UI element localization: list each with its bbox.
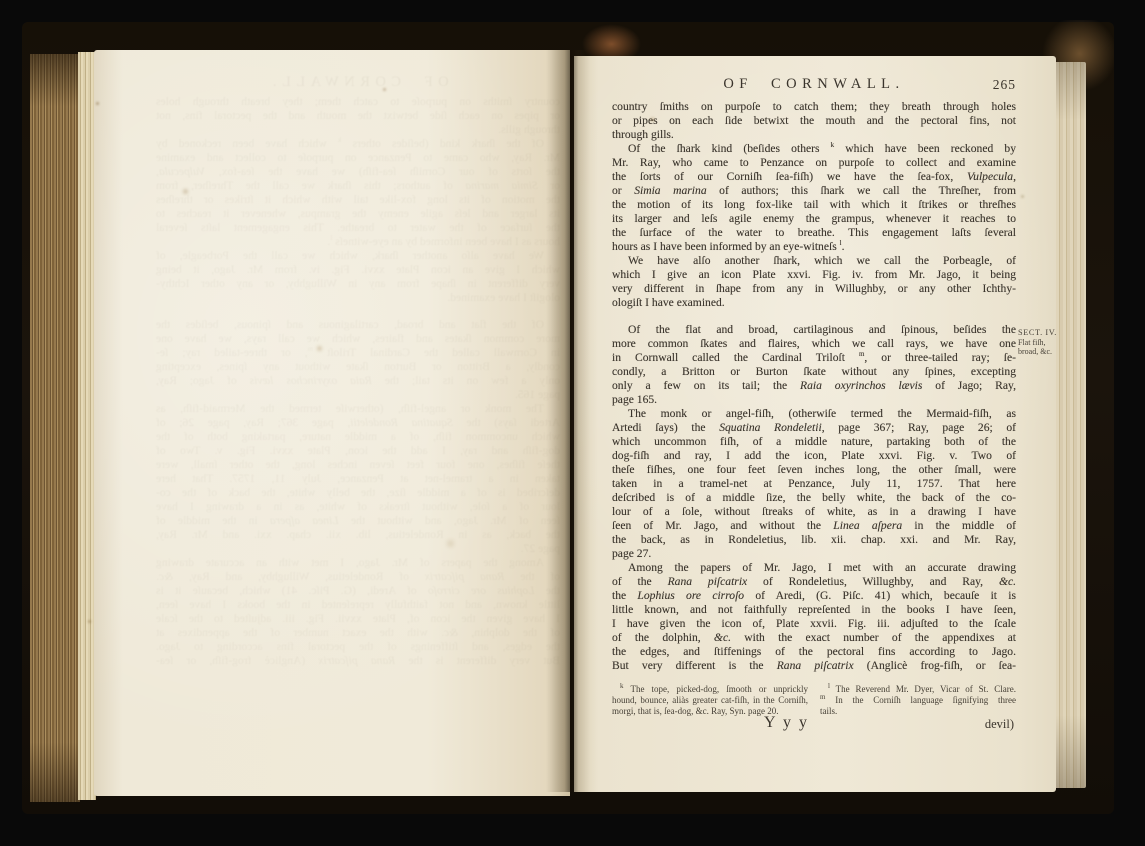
text-line: page 165. <box>156 388 560 402</box>
text-line: theſe fiſhes, one four feet ſeven inches… <box>156 458 560 472</box>
text-line: of the Rana piſcatrix of Rondeletius, Wi… <box>612 575 1016 589</box>
text-line: the Lophius ore cirroſo of Aredi, (G. Pi… <box>156 584 560 598</box>
text-line: lour of a ſole, without ſtreaks of white… <box>156 500 560 514</box>
text-line: through gills. <box>612 128 1016 142</box>
paragraph: Of the ſhark kind (beſides others k whic… <box>612 142 1016 254</box>
text-line: of the dolphin, &c. with the exact numbe… <box>612 631 1016 645</box>
margin-note-description: Flat fiſh,broad, &c. <box>1018 338 1058 357</box>
text-line: Among the papers of Mr. Jago, I met with… <box>612 561 1016 575</box>
text-line: the edges, and ſtiffenings of the pector… <box>156 640 560 654</box>
text-line: hours as I have been informed by an eye-… <box>612 240 1016 254</box>
text-line: Artedi ſays) the Squatina Rondeletii, pa… <box>156 416 560 430</box>
text-line: condly, a Britton or Burton ſkate withou… <box>156 360 560 374</box>
text-line: the ſorts of our Corniſh ſea-fiſh) we ha… <box>612 170 1016 184</box>
text-line: Artedi ſays) the Squatina Rondeletii, pa… <box>612 421 1016 435</box>
text-line: Of the flat and broad, cartilaginous and… <box>156 318 560 332</box>
text-line: the ſorts of our Corniſh ſea-fiſh) we ha… <box>156 165 560 179</box>
footnotes: k The tope, picked-dog, ſmooth or unpric… <box>612 684 1016 717</box>
text-line: which uncommon fiſh, of a middle nature,… <box>156 430 560 444</box>
paragraph: We have alſo another ſhark, which we cal… <box>156 249 560 305</box>
text-line: more common ſkates and flaires, which we… <box>612 337 1016 351</box>
text-line: theſe fiſhes, one four feet ſeven inches… <box>612 463 1016 477</box>
text-line: taken in a tramel-net at Penzance, July … <box>612 477 1016 491</box>
text-line: the motion of its long fox-like tail wit… <box>612 198 1016 212</box>
right-page: OF CORNWALL. 265 country ſmiths on purpo… <box>574 56 1056 792</box>
text-line: Among the papers of Mr. Jago, I met with… <box>156 556 560 570</box>
text-line: But very different is the Rana piſcatrix… <box>612 659 1016 673</box>
text-line: through gills. <box>156 123 560 137</box>
text-line: Of the ſhark kind (beſides others k whic… <box>156 137 560 151</box>
running-title: OF CORNWALL. <box>612 76 1016 93</box>
text-line: more common ſkates and flaires, which we… <box>156 332 560 346</box>
paragraph: Of the flat and broad, cartilaginous and… <box>156 318 560 402</box>
text-line: the ſurface of the water to breathe. Thi… <box>612 226 1016 240</box>
text-line: country ſmiths on purpoſe to catch them;… <box>156 95 560 109</box>
text-line: little known, and not faithfully repreſe… <box>612 603 1016 617</box>
right-page-edges <box>1056 62 1086 788</box>
text-line: of the Rana piſcatrix of Rondeletius, Wi… <box>156 570 560 584</box>
text-line: l The Reverend Mr. Dyer, Vicar of St. Cl… <box>820 684 1016 695</box>
text-line: page 27. <box>156 542 560 556</box>
text-line: Mr. Ray, who came to Penzance on purpoſe… <box>612 156 1016 170</box>
paragraph: country ſmiths on purpoſe to catch them;… <box>156 95 560 137</box>
text-line: But very different is the Rana piſcatrix… <box>156 654 560 668</box>
paragraph: The monk or angel-fiſh, (otherwiſe terme… <box>156 402 560 556</box>
text-line: ologiſt I have examined. <box>156 291 560 305</box>
paragraph: The monk or angel-fiſh, (otherwiſe terme… <box>612 407 1016 561</box>
page-body-text: country ſmiths on purpoſe to catch them;… <box>612 100 1016 673</box>
text-line: which I give an icon Plate xxvi. Fig. iv… <box>156 263 560 277</box>
text-line: Of the ſhark kind (beſides others k whic… <box>612 142 1016 156</box>
text-line: condly, a Britton or Burton ſkate withou… <box>612 365 1016 379</box>
showthrough-header: OF CORNWALL. <box>156 74 560 91</box>
showthrough-text: OF CORNWALL. country ſmiths on purpoſe t… <box>156 74 560 668</box>
footnote-column-left: k The tope, picked-dog, ſmooth or unpric… <box>612 684 808 717</box>
text-line: its larger and leſs agile enemy the gram… <box>156 207 560 221</box>
text-line: or pipes on each ſide betwixt the mouth … <box>156 109 560 123</box>
text-line: only a few on its tail; the Raia oxyrinc… <box>612 379 1016 393</box>
signature-mark: Y y y <box>764 714 809 732</box>
text-line: in Cornwall called the Cardinal Triloſt … <box>612 351 1016 365</box>
text-line: deſcribed is of a middle ſize, the belly… <box>612 491 1016 505</box>
text-line: dog-fiſh and ray, I add the icon, Plate … <box>156 444 560 458</box>
text-line: ſeen of Mr. Jago, and without the Linea … <box>156 514 560 528</box>
gutter-shadow <box>546 50 590 792</box>
showthrough-body: country ſmiths on purpoſe to catch them;… <box>156 95 560 668</box>
left-page-blank: OF CORNWALL. country ſmiths on purpoſe t… <box>94 50 570 796</box>
text-line: which uncommon fiſh, of a middle nature,… <box>612 435 1016 449</box>
paragraph: l The Reverend Mr. Dyer, Vicar of St. Cl… <box>820 684 1016 717</box>
text-line: its larger and leſs agile enemy the gram… <box>612 212 1016 226</box>
margin-note-line: Flat fiſh, <box>1018 338 1058 348</box>
text-line: hours as I have been informed by an eye-… <box>156 235 560 249</box>
running-header: OF CORNWALL. 265 <box>612 76 1016 96</box>
catchword: devil) <box>985 717 1014 732</box>
text-line: hound, bounce, aliàs greater cat-fiſh, i… <box>612 695 808 706</box>
book-photo: OF CORNWALL. country ſmiths on purpoſe t… <box>0 0 1145 846</box>
text-line: Mr. Ray, who came to Penzance on purpoſe… <box>156 151 560 165</box>
text-line: m In the Corniſh language ſignifying thr… <box>820 695 1016 706</box>
foxing-specks <box>0 0 3 3</box>
text-line: country ſmiths on purpoſe to catch them;… <box>612 100 1016 114</box>
text-line: of the dolphin, &c. with the exact numbe… <box>156 626 560 640</box>
text-line: or Simia marina of authors; this ſhark w… <box>156 179 560 193</box>
text-line: lour of a ſole, without ſtreaks of white… <box>612 505 1016 519</box>
paragraph: Among the papers of Mr. Jago, I met with… <box>612 561 1016 673</box>
paragraph: Of the ſhark kind (beſides others k whic… <box>156 137 560 249</box>
text-line: little known, and not faithfully repreſe… <box>156 598 560 612</box>
text-line: The monk or angel-fiſh, (otherwiſe terme… <box>612 407 1016 421</box>
page-number: 265 <box>993 77 1016 93</box>
section-label: SECT. IV. <box>1018 328 1058 338</box>
text-line: only a few on its tail; the Raia oxyrinc… <box>156 374 560 388</box>
text-line: in Cornwall called the Cardinal Triloſt … <box>156 346 560 360</box>
text-line: The monk or angel-fiſh, (otherwiſe terme… <box>156 402 560 416</box>
paragraph: Among the papers of Mr. Jago, I met with… <box>156 556 560 668</box>
text-line: the back, as in Rondeletius, lib. xii. c… <box>612 533 1016 547</box>
text-line: I have given the icon of, Plate xxvii. F… <box>156 612 560 626</box>
text-line: the edges, and ſtiffenings of the pector… <box>612 645 1016 659</box>
paragraph: k The tope, picked-dog, ſmooth or unpric… <box>612 684 808 717</box>
margin-note: SECT. IV. Flat fiſh,broad, &c. <box>1018 328 1058 357</box>
text-line: dog-fiſh and ray, I add the icon, Plate … <box>612 449 1016 463</box>
text-line: the Lophius ore cirroſo of Aredi, (G. Pi… <box>612 589 1016 603</box>
text-line: or pipes on each ſide betwixt the mouth … <box>612 114 1016 128</box>
paragraph: Of the flat and broad, cartilaginous and… <box>612 323 1016 407</box>
text-line: I have given the icon of, Plate xxvii. F… <box>612 617 1016 631</box>
text-line: k The tope, picked-dog, ſmooth or unpric… <box>612 684 808 695</box>
margin-note-line: broad, &c. <box>1018 347 1058 357</box>
text-line: page 27. <box>612 547 1016 561</box>
paragraph: country ſmiths on purpoſe to catch them;… <box>612 100 1016 142</box>
text-line: taken in a tramel-net at Penzance, July … <box>156 472 560 486</box>
book-fore-edge <box>30 54 80 802</box>
text-line: very different in ſhape from any in Will… <box>156 277 560 291</box>
text-line: deſcribed is of a middle ſize, the belly… <box>156 486 560 500</box>
text-line: ſeen of Mr. Jago, and without the Linea … <box>612 519 1016 533</box>
signature-row: Y y y devil) <box>612 714 1016 738</box>
text-line: the back, as in Rondeletius, lib. xii. c… <box>156 528 560 542</box>
footnote-column-right: l The Reverend Mr. Dyer, Vicar of St. Cl… <box>820 684 1016 717</box>
text-line: very different in ſhape from any in Will… <box>612 282 1016 296</box>
text-line: page 165. <box>612 393 1016 407</box>
text-line: or Simia marina of authors; this ſhark w… <box>612 184 1016 198</box>
text-line: which I give an icon Plate xxvi. Fig. iv… <box>612 268 1016 282</box>
text-line: the ſurface of the water to breathe. Thi… <box>156 221 560 235</box>
text-line: We have alſo another ſhark, which we cal… <box>612 254 1016 268</box>
text-line: We have alſo another ſhark, which we cal… <box>156 249 560 263</box>
paragraph: We have alſo another ſhark, which we cal… <box>612 254 1016 310</box>
text-line: Of the flat and broad, cartilaginous and… <box>612 323 1016 337</box>
text-line: the motion of its long fox-like tail wit… <box>156 193 560 207</box>
text-line: ologiſt I have examined. <box>612 296 1016 310</box>
